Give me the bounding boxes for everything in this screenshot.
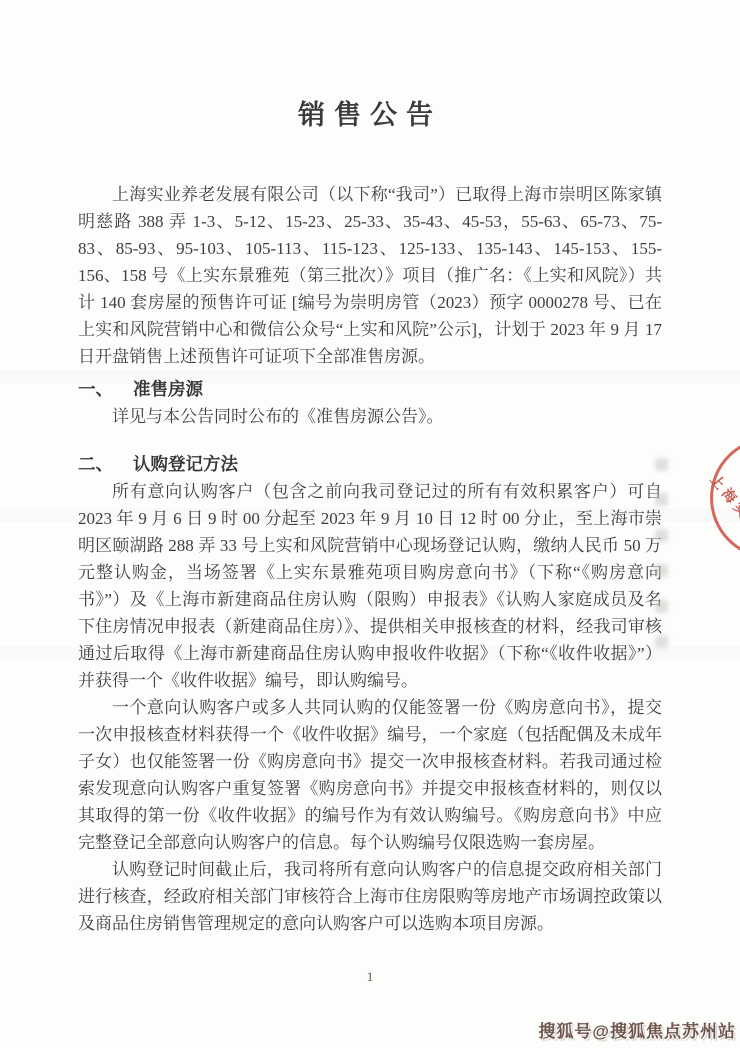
section-heading-2: 二、认购登记方法: [78, 451, 662, 478]
seal-text: 上海实业养: [706, 470, 740, 552]
company-seal: 上海实业养: [710, 437, 740, 559]
intro-paragraph: 上海实业养老发展有限公司（以下称“我司”）已取得上海市崇明区陈家镇明慈路 388…: [78, 181, 662, 370]
page-number: 1: [0, 969, 740, 985]
section-2-paragraph: 认购登记时间截止后，我司将所有意向认购客户的信息提交政府相关部门进行核查，经政府…: [78, 856, 662, 937]
section-2-paragraph: 一个意向认购客户或多人共同认购的仅能签署一份《购房意向书》，提交一次申报核查材料…: [78, 694, 662, 856]
section-number: 一、: [78, 379, 113, 399]
section-2-paragraph: 所有意向认购客户（包含之前向我司登记过的所有有效积累客户）可自 2023 年 9…: [78, 478, 662, 694]
scanned-document-page: 销售公告 上海实业养老发展有限公司（以下称“我司”）已取得上海市崇明区陈家镇明慈…: [0, 0, 740, 1048]
watermark-text: 搜狐号@搜狐焦点苏州站: [538, 1017, 736, 1042]
document-title: 销售公告: [78, 95, 662, 135]
document-content: 销售公告 上海实业养老发展有限公司（以下称“我司”）已取得上海市崇明区陈家镇明慈…: [78, 95, 662, 937]
section-number: 二、: [78, 454, 113, 474]
section-1-paragraph: 详见与本公告同时公布的《准售房源公告》。: [78, 403, 662, 430]
section-title: 准售房源: [133, 379, 203, 399]
section-heading-1: 一、准售房源: [78, 376, 662, 403]
section-title: 认购登记方法: [133, 454, 238, 474]
